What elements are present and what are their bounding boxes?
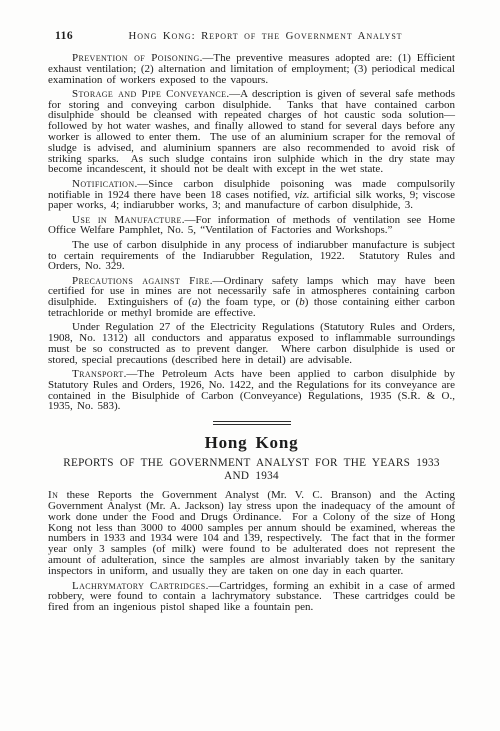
report-page: 116 Hong Kong: Report of the Government … (0, 0, 500, 731)
para-prevention-of-poisoning: Prevention of Poisoning.—The preventive … (48, 53, 455, 85)
report-subtitle-line2: AND 1934 (224, 470, 279, 482)
para-use-in-manufacture-continued: The use of carbon disulphide in any proc… (48, 240, 455, 272)
para-precautions-against-fire: Precautions against Fire.—Ordinary safet… (48, 276, 455, 319)
report-subtitle: REPORTS OF THE GOVERNMENT ANALYST FOR TH… (48, 457, 455, 483)
para-analyst-reports-intro: In these Reports the Government Analyst … (48, 490, 455, 576)
running-header: 116 Hong Kong: Report of the Government … (48, 31, 455, 44)
report-title: Hong Kong (48, 434, 455, 452)
text-run: these Reports the Government Analyst (Mr… (48, 489, 455, 577)
text-run: Under Regulation 27 of the Electricity R… (48, 321, 455, 365)
para-electricity-regulations: Under Regulation 27 of the Electricity R… (48, 322, 455, 365)
para-transport: Transport.—The Petroleum Acts have been … (48, 369, 455, 412)
carbon-disulphide-report-body: Prevention of Poisoning.—The preventive … (48, 53, 455, 412)
para-notification: Notification.—Since carbon disulphide po… (48, 179, 455, 211)
para-use-in-manufacture: Use in Manufacture.—For information of m… (48, 215, 455, 237)
running-title: Hong Kong: Report of the Government Anal… (62, 31, 469, 42)
report-subtitle-line1: REPORTS OF THE GOVERNMENT ANALYST FOR TH… (63, 457, 440, 469)
hong-kong-report-body: In these Reports the Government Analyst … (48, 490, 455, 613)
section-divider (213, 421, 291, 425)
para-lachrymatory-cartridges: Lachrymatory Cartridges.—Cartridges, for… (48, 581, 455, 613)
text-run: .—A description is given of several safe… (48, 88, 455, 176)
text-run: The use of carbon disulphide in any proc… (48, 239, 455, 273)
para-storage-and-pipe-conveyance: Storage and Pipe Conveyance.—A descripti… (48, 89, 455, 175)
